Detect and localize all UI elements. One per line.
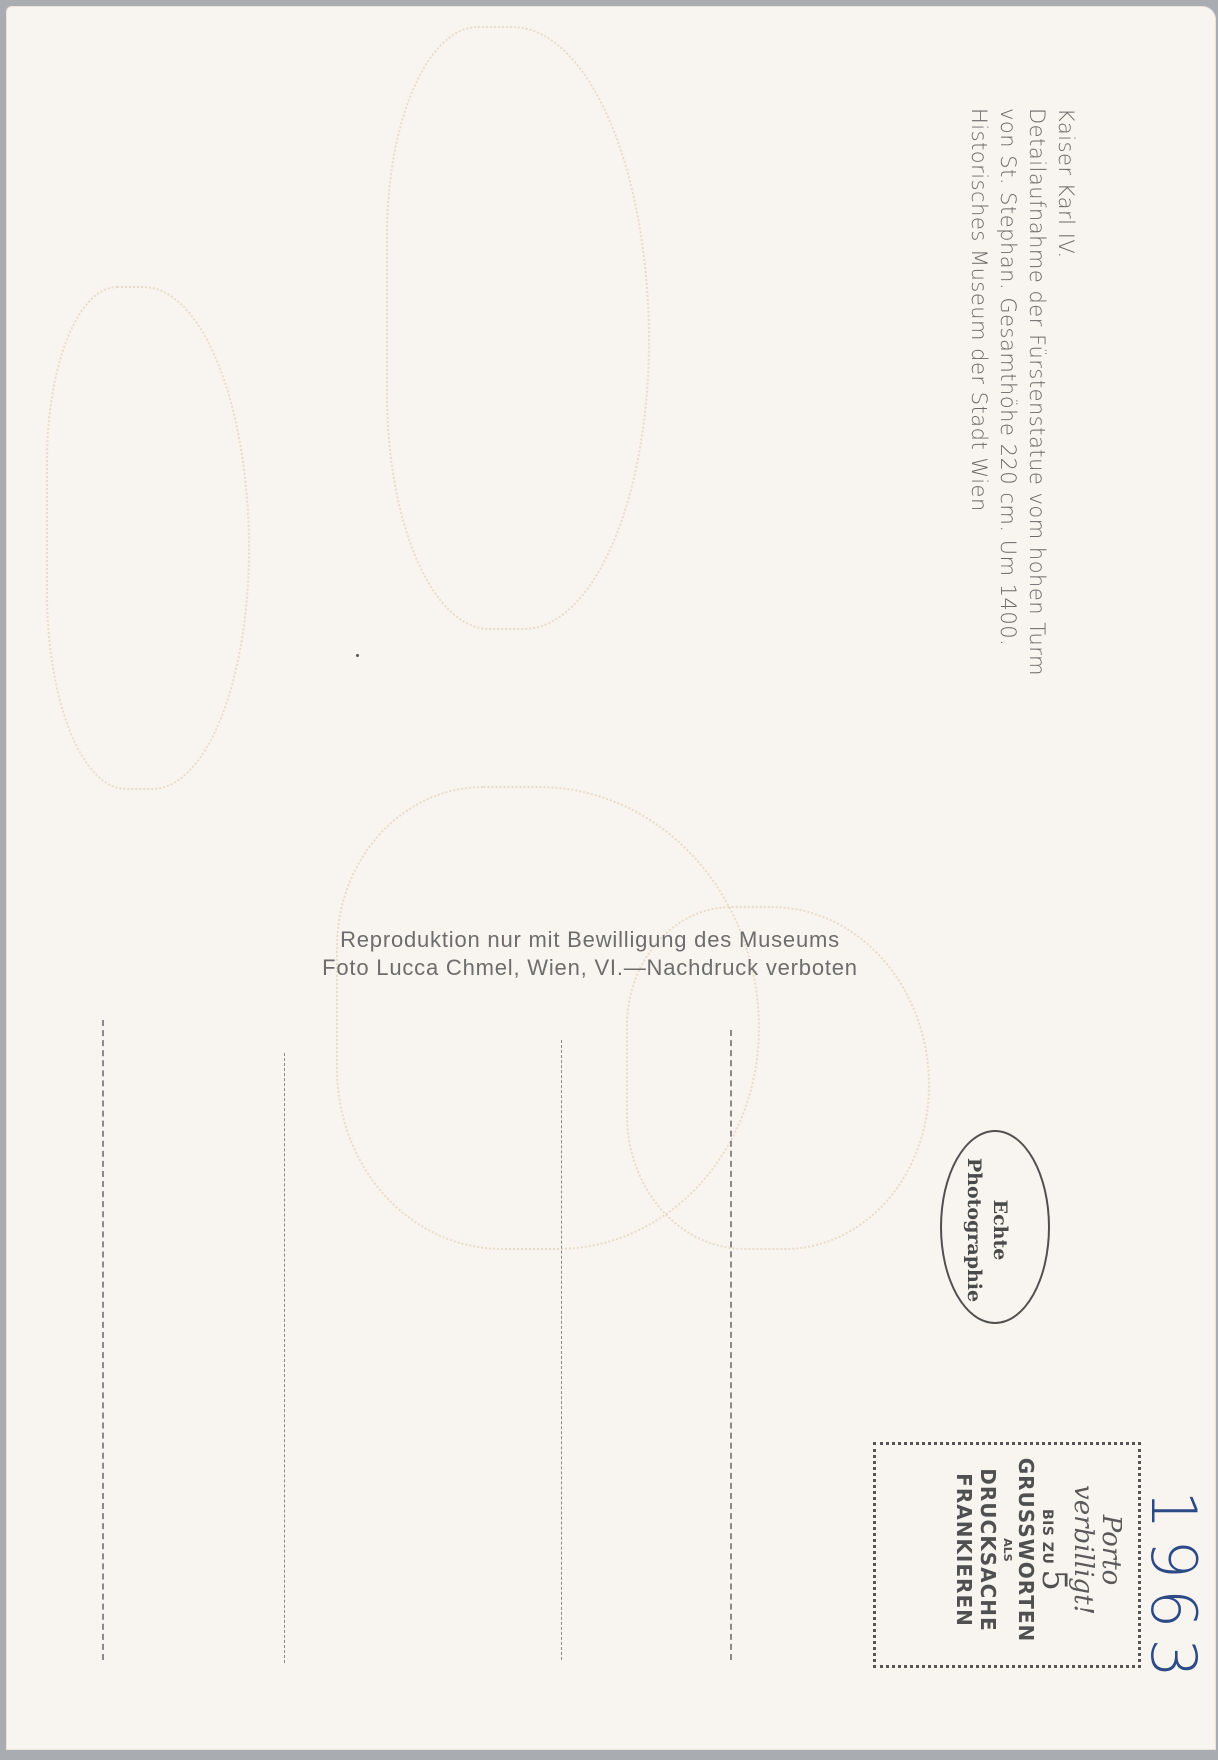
caption-title: Kaiser Karl IV. <box>1051 108 1080 676</box>
stamp-line-1: Echte <box>987 1155 1013 1305</box>
caption-line: Historisches Museum der Stadt Wien <box>964 108 993 676</box>
paper-stain <box>46 286 250 790</box>
caption-line: von St. Stephan. Gesamthöhe 220 cm. Um 1… <box>993 108 1022 676</box>
paper-stain <box>386 26 650 630</box>
caption-line: Detailaufnahme der Fürstenstatue vom hoh… <box>1022 108 1051 676</box>
print-speck <box>356 654 359 657</box>
credits-line-1: Reproduktion nur mit Bewilligung des Mus… <box>240 926 940 954</box>
divider-line <box>284 1053 285 1663</box>
porto-script-1: Porto <box>1097 1455 1125 1645</box>
als: ALS <box>1000 1455 1014 1645</box>
handwritten-year: 1963 <box>1137 1490 1210 1688</box>
photo-credits: Reproduktion nur mit Bewilligung des Mus… <box>240 926 940 982</box>
drucksache: DRUCKSACHE <box>976 1455 1000 1645</box>
postage-box-text: Porto verbilligt! BIS ZU 5 GRUSSWORTEN A… <box>952 1455 1125 1645</box>
grussworten: GRUSSWORTEN <box>1014 1455 1038 1645</box>
porto-script-2: verbilligt! <box>1069 1455 1097 1645</box>
stamp-text: Echte Photographie <box>961 1155 1013 1305</box>
frankieren: FRANKIEREN <box>952 1455 976 1645</box>
credits-line-2: Foto Lucca Chmel, Wien, VI.—Nachdruck ve… <box>240 954 940 982</box>
bis-zu-row: BIS ZU 5 <box>1038 1455 1069 1645</box>
divider-line <box>730 1030 732 1660</box>
porto-number: 5 <box>1034 1569 1074 1591</box>
divider-line <box>102 1020 104 1660</box>
bis-zu: BIS ZU <box>1039 1509 1055 1564</box>
stamp-line-2: Photographie <box>961 1155 987 1305</box>
caption-block: Kaiser Karl IV. Detailaufnahme der Fürst… <box>964 108 1080 676</box>
divider-line <box>561 1040 562 1660</box>
